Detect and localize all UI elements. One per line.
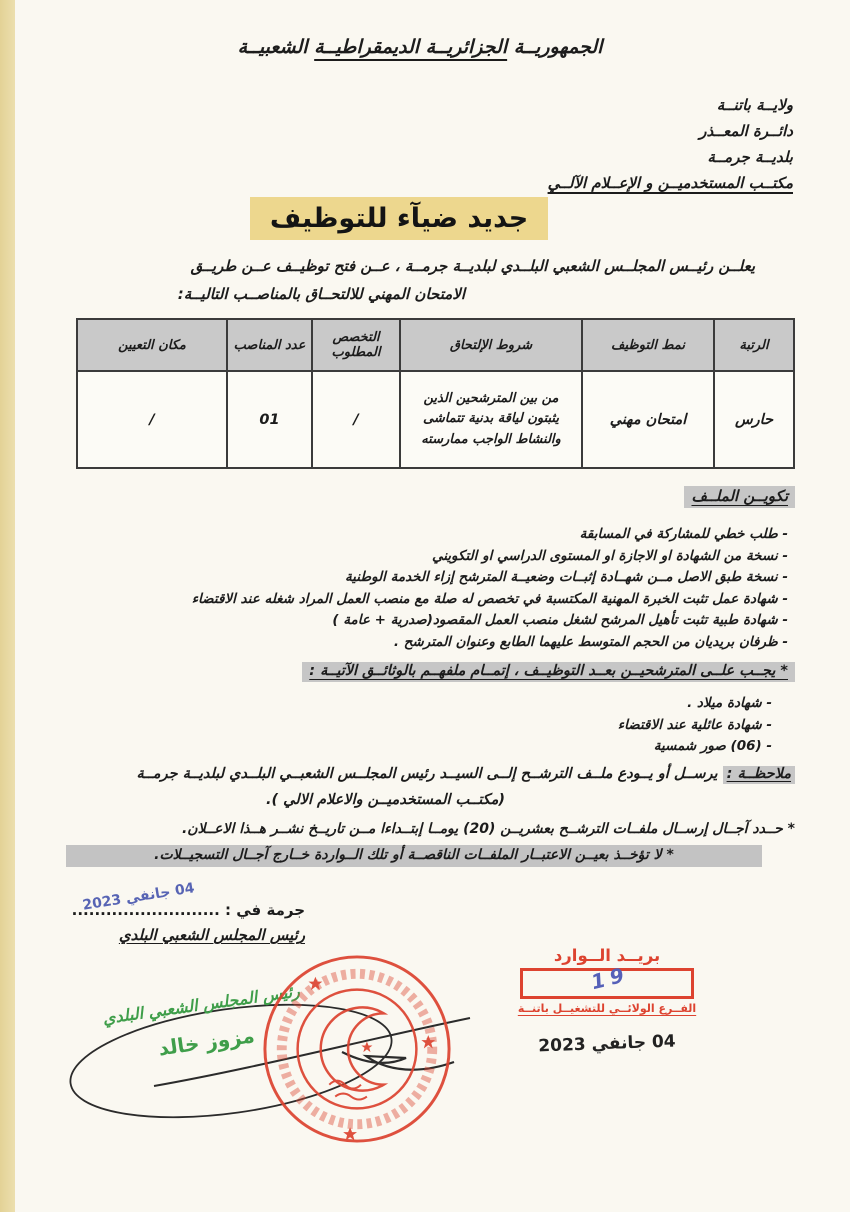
place-date-line: جرمة في : .......................... 04 … <box>60 901 305 919</box>
list-item: - شهادة عمل تثبت الخبرة المهنية المكتسبة… <box>80 589 788 611</box>
scanned-document-page: الجمهوريــة الجزائريــة الديمقراطيــة ال… <box>0 0 850 1212</box>
incoming-mail-title: بريــد الــوارد <box>506 946 708 965</box>
watermark-banner: جديد ضيآء للتوظيف <box>250 197 548 240</box>
signature-block: جرمة في : .......................... 04 … <box>60 901 305 944</box>
office-line: مكتــب المستخدميــن و الإعــلام الآلــي <box>548 170 793 196</box>
administrative-header: ولايــة باتنــة دائــرة المعــذر بلديــة… <box>548 92 793 196</box>
file-checklist: - طلب خطي للمشاركة في المسابقة - نسخة من… <box>80 524 788 653</box>
incoming-mail-stamp: بريــد الــوارد 19 الفــرع الولائــي للت… <box>506 946 708 1054</box>
list-item: - طلب خطي للمشاركة في المسابقة <box>80 524 788 546</box>
cell-assignment-place: / <box>77 371 227 468</box>
col-header-assignment-place: مكان التعيين <box>77 319 227 371</box>
col-header-positions-count: عدد المناصب <box>227 319 312 371</box>
scan-edge-strip <box>0 0 15 1212</box>
republic-title-start: الجمهوريــة <box>507 36 602 58</box>
commune-line: بلديــة جرمــة <box>548 144 793 170</box>
after-hire-heading: * يجــب علــى المترشحيــن بعــد التوظيــ… <box>302 662 795 682</box>
note-line-2: (مكتــب المستخدميــن والاعلام الالي ). <box>78 787 505 813</box>
cell-recruitment-mode: امتحان مهني <box>582 371 714 468</box>
table-row: حارس امتحان مهني من بين المترشحين الذين … <box>77 371 794 468</box>
cell-rank: حارس <box>714 371 794 468</box>
republic-title-end: الشعبيــة <box>238 36 315 58</box>
wilaya-line: ولايــة باتنــة <box>548 92 793 118</box>
col-header-conditions: شروط الإلتحاق <box>400 319 582 371</box>
list-item: - ظرفان بريديان من الحجم المتوسط عليهما … <box>80 632 788 654</box>
positions-table: الرتبة نمط التوظيف شروط الإلتحاق التخصص … <box>76 318 795 469</box>
cell-positions-count: 01 <box>227 371 312 468</box>
col-header-specialty: التخصص المطلوب <box>312 319 400 371</box>
incoming-number-box: 19 <box>520 968 694 999</box>
note-label: ملاحظــة : <box>723 766 795 784</box>
signer-title: رئيس المجلس الشعبي البلدي <box>60 926 305 944</box>
list-item: - شهادة طبية تثبت تأهيل المرشح لشغل منصب… <box>80 610 788 632</box>
incoming-date-stamp: 04 جانفي 2023 <box>506 1030 709 1057</box>
official-round-stamp <box>258 948 456 1151</box>
incoming-number: 19 <box>589 962 632 994</box>
daira-line: دائــرة المعــذر <box>548 118 793 144</box>
col-header-rank: الرتبة <box>714 319 794 371</box>
list-item: - (06) صور شمسية <box>80 736 772 758</box>
list-item: - نسخة طبق الاصل مــن شهــادة إثبــات وض… <box>80 567 788 589</box>
intro-paragraph: يعلــن رئيــس المجلــس الشعبي البلــدي ل… <box>84 252 790 308</box>
list-item: - شهادة ميلاد . <box>80 693 772 715</box>
incoming-branch-line: الفــرع الولائــي للتشغيــل باتنــة <box>506 1002 708 1015</box>
note-block: ملاحظــة : يرســل أو يــودع ملــف الترشـ… <box>78 761 795 813</box>
file-section-title: تكويــن الملــف <box>684 486 795 508</box>
intro-line-2: الامتحان المهني للالتحــاق بالمناصــب ال… <box>84 280 465 308</box>
cell-specialty: / <box>312 371 400 468</box>
after-hire-list: - شهادة ميلاد . - شهادة عائلية عند الاقت… <box>80 693 772 758</box>
positions-table-wrap: الرتبة نمط التوظيف شروط الإلتحاق التخصص … <box>78 318 795 469</box>
republic-title: الجمهوريــة الجزائريــة الديمقراطيــة ال… <box>150 36 690 58</box>
table-header-row: الرتبة نمط التوظيف شروط الإلتحاق التخصص … <box>77 319 794 371</box>
intro-line-1: يعلــن رئيــس المجلــس الشعبي البلــدي ل… <box>84 252 790 280</box>
warning-line: * لا تؤخــذ بعيــن الاعتبــار الملفــات … <box>66 845 762 867</box>
deadline-line: * حــدد آجــال إرســال ملفــات الترشــح … <box>78 821 795 837</box>
crescent-icon <box>321 1007 384 1090</box>
note-line-1: ملاحظــة : يرســل أو يــودع ملــف الترشـ… <box>78 761 795 787</box>
republic-title-underlined: الجزائريــة الديمقراطيــة <box>314 36 507 58</box>
cell-conditions: من بين المترشحين الذين يثبتون لياقة بدني… <box>400 371 582 468</box>
list-item: - شهادة عائلية عند الاقتضاء <box>80 715 772 737</box>
col-header-recruitment-mode: نمط التوظيف <box>582 319 714 371</box>
list-item: - نسخة من الشهادة او الاجازة او المستوى … <box>80 546 788 568</box>
note-text: يرســل أو يــودع ملــف الترشــح إلــى ال… <box>137 766 718 782</box>
